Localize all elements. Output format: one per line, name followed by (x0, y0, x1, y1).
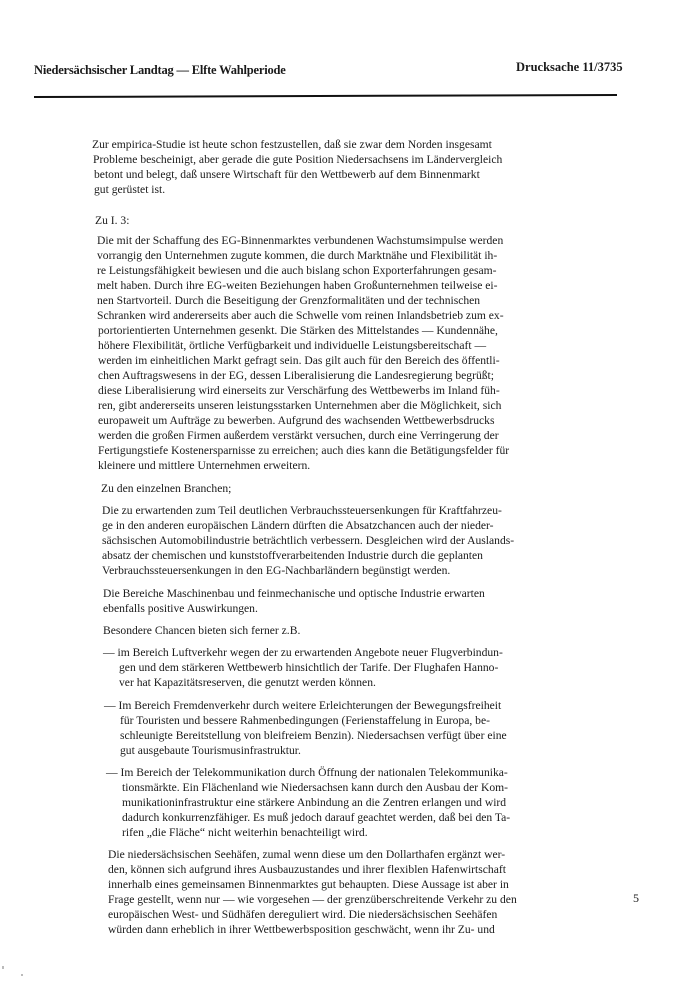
text-line: den, können sich aufgrund ihres Ausbauzu… (108, 863, 506, 877)
scan-speck (21, 974, 23, 976)
text-line: würden dann erheblich in ihrer Wettbewer… (108, 923, 495, 937)
text-line: munikationinfrastruktur eine stärkere An… (122, 796, 506, 810)
text-line: — Im Bereich Fremdenverkehr durch weiter… (104, 699, 501, 713)
text-line: portorientierten Unternehmen gesenkt. Di… (98, 324, 498, 338)
text-line: Die niedersächsischen Seehäfen, zumal we… (108, 848, 505, 862)
text-line: schleunigte Bereitstellung von bleifreie… (120, 729, 507, 743)
page-number: 5 (633, 891, 639, 906)
text-line: werden im einheitlichen Markt gefragt se… (98, 354, 500, 368)
document-number: Drucksache 11/3735 (516, 60, 623, 75)
text-line: tionsmärkte. Ein Flächenland wie Nieders… (122, 781, 508, 795)
text-line: Die zu erwartenden zum Teil deutlichen V… (102, 504, 502, 518)
text-line: gen und dem stärkeren Wettbewerb hinsich… (119, 661, 498, 675)
text-line: chen Auftragswesens in der EG, dessen Li… (98, 369, 494, 383)
text-line: Frage gestellt, wenn nur — wie vorgesehe… (108, 893, 517, 907)
text-line: — im Bereich Luftverkehr wegen der zu er… (103, 646, 503, 660)
text-line: Verbrauchssteuersenkungen in den EG-Nach… (102, 564, 450, 578)
text-line: Zu den einzelnen Branchen; (101, 482, 231, 496)
text-line: gut ausgebaute Tourismusinfrastruktur. (120, 744, 301, 758)
header-rule (34, 94, 617, 98)
text-line: werden die großen Firmen außerdem verstä… (98, 429, 499, 443)
text-line: kleinere und mittlere Unternehmen erweit… (98, 459, 310, 473)
text-line: europaweit um Aufträge zu bewerben. Aufg… (98, 414, 494, 428)
text-line: ebenfalls positive Auswirkungen. (103, 602, 258, 616)
text-line: Die Bereiche Maschinenbau und feinmechan… (103, 587, 485, 601)
text-line: melt haben. Durch ihre EG-weiten Beziehu… (97, 279, 497, 293)
text-line: ren, gibt andererseits unseren leistungs… (98, 399, 501, 413)
text-line: absatz der chemischen und kunststoffvera… (102, 549, 483, 563)
text-line: europäischen West- und Südhäfen dereguli… (108, 908, 497, 922)
document-header-title: Niedersächsischer Landtag — Elfte Wahlpe… (34, 63, 286, 78)
text-line: nen Startvorteil. Durch die Beseitigung … (97, 294, 480, 308)
text-line: Schranken wird andererseits aber auch di… (97, 309, 504, 323)
text-line: sächsischen Automobilindustrie beträchtl… (102, 534, 514, 548)
text-line: vorrangig den Unternehmen zugute kommen,… (97, 249, 497, 263)
text-line: Probleme bescheinigt, aber gerade die gu… (93, 153, 502, 167)
text-line: Zu I. 3: (95, 214, 129, 228)
text-line: Fertigungstiefe Kostenersparnisse zu err… (98, 444, 509, 458)
text-line: dadurch konkurrenzfähiger. Es muß jedoch… (122, 811, 510, 825)
text-line: re Leistungsfähigkeit bewiesen und die a… (97, 264, 497, 278)
text-line: ver hat Kapazitätsreserven, die genutzt … (119, 676, 376, 690)
text-line: ge in den anderen europäischen Ländern d… (102, 519, 494, 533)
text-line: betont und belegt, daß unsere Wirtschaft… (94, 168, 480, 182)
text-line: Besondere Chancen bieten sich ferner z.B… (103, 624, 300, 638)
text-line: rifen „die Fläche“ nicht weiterhin benac… (122, 826, 368, 840)
text-line: — Im Bereich der Telekommunikation durch… (106, 766, 508, 780)
text-line: höhere Flexibilität, örtliche Verfügbark… (98, 339, 486, 353)
text-line: Zur empirica-Studie ist heute schon fest… (92, 138, 492, 152)
text-line: innerhalb eines gemeinsamen Binnenmarkte… (108, 878, 509, 892)
text-line: Die mit der Schaffung des EG-Binnenmarkt… (97, 234, 503, 248)
text-line: diese Liberalisierung wird einerseits zu… (98, 384, 500, 398)
text-line: für Touristen und bessere Rahmenbedingun… (120, 714, 490, 728)
scan-speck (2, 966, 4, 969)
text-line: gut gerüstet ist. (94, 183, 165, 197)
